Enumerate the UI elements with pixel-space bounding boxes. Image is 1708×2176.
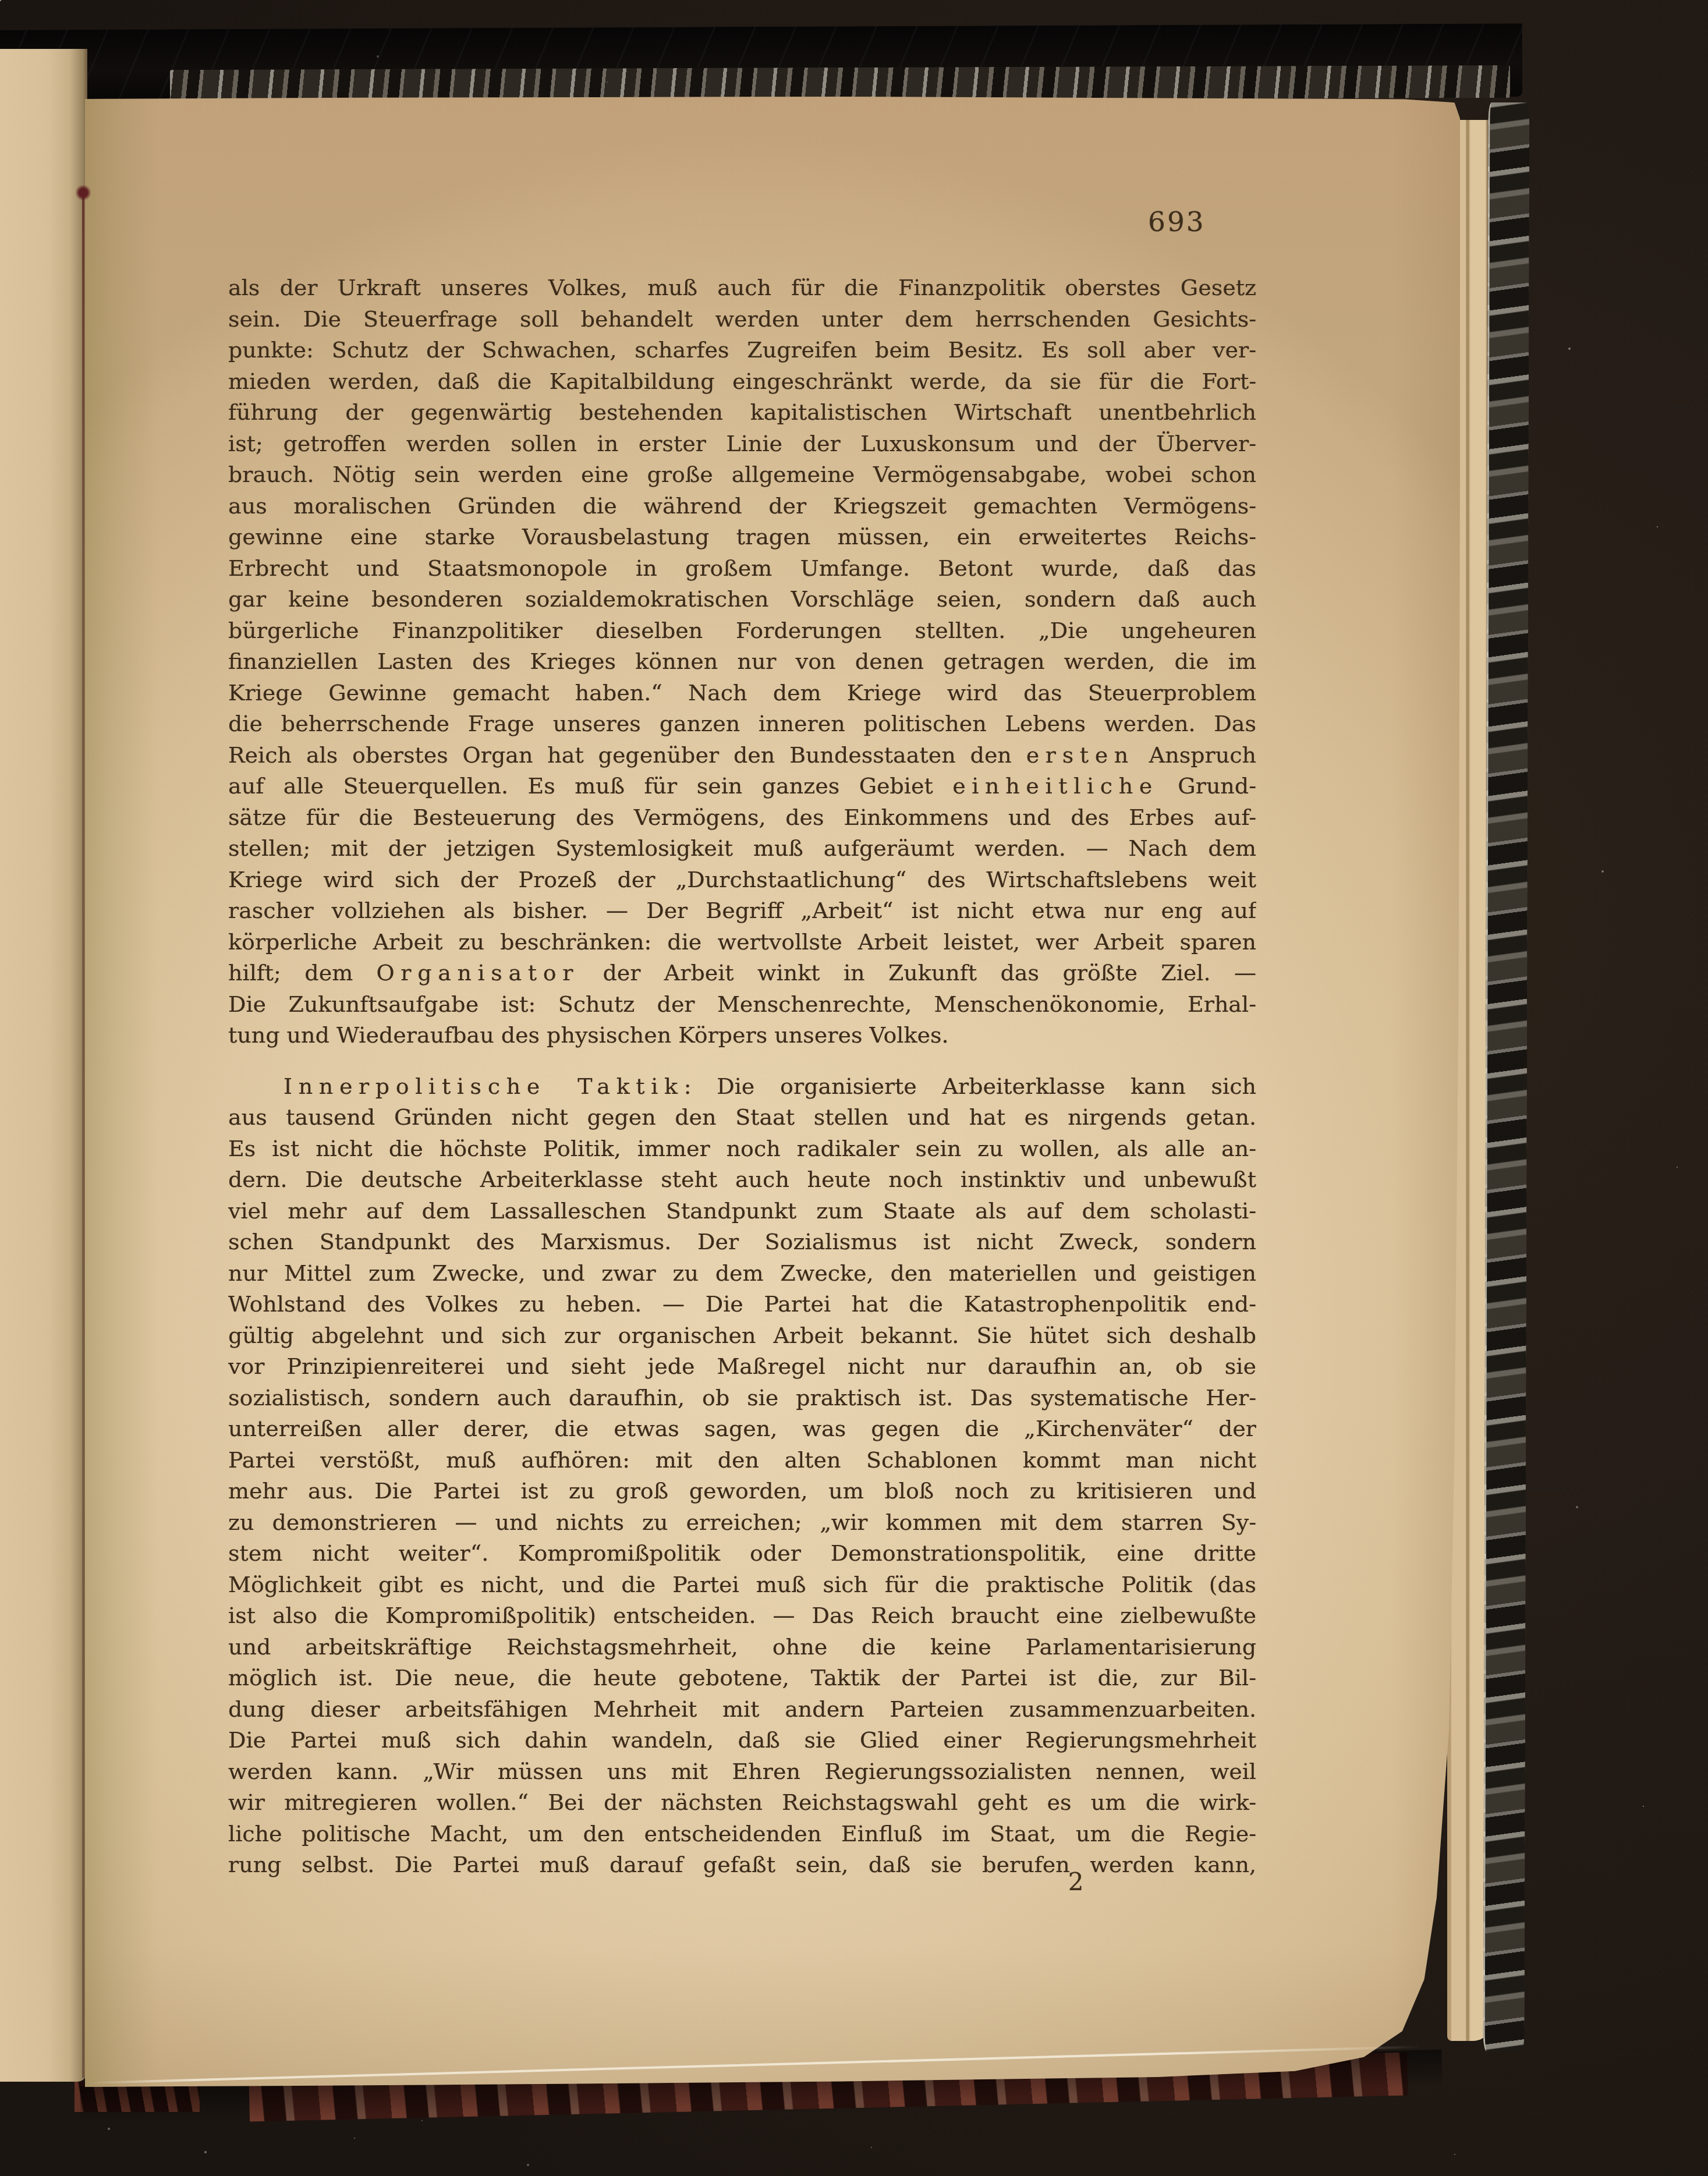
text-segment: als der Urkraft unseres Volkes, muß auch…	[228, 275, 1256, 300]
text-segment: tung und Wiederaufbau des physischen Kör…	[228, 1022, 949, 1048]
text-line: und arbeitskräftige Reichstagsmehrheit, …	[228, 1632, 1256, 1663]
text-line: gültig abgelehnt und sich zur organische…	[228, 1320, 1256, 1352]
page-text-block: als der Urkraft unseres Volkes, muß auch…	[228, 272, 1256, 1881]
text-line: Kriege Gewinne gemacht haben.“ Nach dem …	[228, 678, 1256, 709]
text-segment: führung der gegenwärtig bestehenden kapi…	[228, 399, 1256, 425]
text-line: Erbrecht und Staatsmonopole in großem Um…	[228, 553, 1256, 584]
text-line: rascher vollziehen als bisher. — Der Beg…	[228, 895, 1256, 927]
text-line: dung dieser arbeitsfähigen Mehrheit mit …	[228, 1694, 1256, 1725]
text-segment: Die Partei muß sich dahin wandeln, daß s…	[228, 1727, 1256, 1753]
text-segment: nur Mittel zum Zwecke, und zwar zu dem Z…	[228, 1260, 1256, 1286]
signature-mark: 2	[1053, 1867, 1099, 1896]
book-photo: 693 als der Urkraft unseres Volkes, muß …	[0, 0, 1708, 2176]
text-line: gewinne eine starke Vorausbelastung trag…	[228, 522, 1256, 553]
text-line: stem nicht weiter“. Kompromißpolitik ode…	[228, 1538, 1256, 1569]
text-line: brauch. Nötig sein werden eine große all…	[228, 459, 1256, 491]
text-segment: ist also die Kompromißpolitik) entscheid…	[228, 1603, 1256, 1628]
text-line: als der Urkraft unseres Volkes, muß auch…	[228, 272, 1256, 304]
text-line: Kriege wird sich der Prozeß der „Durchst…	[228, 864, 1256, 896]
text-segment: bürgerliche Finanzpolitiker dieselben Fo…	[228, 618, 1256, 643]
text-line: führung der gegenwärtig bestehenden kapi…	[228, 397, 1256, 428]
gutter-crease	[82, 192, 84, 2078]
text-line: ist also die Kompromißpolitik) entscheid…	[228, 1600, 1256, 1632]
text-line: bürgerliche Finanzpolitiker dieselben Fo…	[228, 615, 1256, 647]
text-line: tung und Wiederaufbau des physischen Kör…	[228, 1020, 1256, 1051]
letterspaced-text: einheitliche	[952, 773, 1158, 799]
text-segment: unterreißen aller derer, die etwas sagen…	[228, 1416, 1256, 1441]
text-segment: ist; getroffen werden sollen in erster L…	[228, 431, 1256, 456]
text-segment: gültig abgelehnt und sich zur organische…	[228, 1323, 1256, 1348]
text-segment: Reich als oberstes Organ hat gegenüber d…	[228, 742, 1026, 768]
text-segment: Erbrecht und Staatsmonopole in großem Um…	[228, 555, 1256, 581]
text-segment: schen Standpunkt des Marxismus. Der Sozi…	[228, 1229, 1256, 1254]
text-line: ist; getroffen werden sollen in erster L…	[228, 428, 1256, 460]
text-segment: brauch. Nötig sein werden eine große all…	[228, 462, 1256, 487]
gutter-crease-top	[76, 185, 91, 200]
text-line: Reich als oberstes Organ hat gegenüber d…	[228, 740, 1256, 771]
text-segment: zu demonstrieren — und nichts zu erreich…	[228, 1509, 1256, 1535]
text-line: aus moralischen Gründen die während der …	[228, 491, 1256, 522]
text-line: Innerpolitische Taktik: Die organisierte…	[228, 1071, 1256, 1103]
text-line: stellen; mit der jetzigen Systemlosigkei…	[228, 833, 1256, 864]
page-number: 693	[1148, 206, 1206, 238]
text-segment: vor Prinzipienreiterei und sieht jede Ma…	[228, 1353, 1256, 1379]
text-segment: stellen; mit der jetzigen Systemlosigkei…	[228, 835, 1256, 861]
text-segment: rascher vollziehen als bisher. — Der Beg…	[228, 898, 1256, 923]
text-line: körperliche Arbeit zu beschränken: die w…	[228, 927, 1256, 958]
text-segment: mehr aus. Die Partei ist zu groß geworde…	[228, 1478, 1256, 1504]
text-segment: Kriege Gewinne gemacht haben.“ Nach dem …	[228, 680, 1256, 706]
text-segment: und arbeitskräftige Reichstagsmehrheit, …	[228, 1634, 1256, 1660]
text-line: viel mehr auf dem Lassalleschen Standpun…	[228, 1196, 1256, 1227]
text-line: Es ist nicht die höchste Politik, immer …	[228, 1133, 1256, 1165]
text-line: hilft; dem Organisator der Arbeit winkt …	[228, 958, 1256, 989]
text-line: aus tausend Gründen nicht gegen den Staa…	[228, 1102, 1256, 1133]
text-segment: körperliche Arbeit zu beschränken: die w…	[228, 929, 1256, 955]
text-segment: mieden werden, daß die Kapitalbildung ei…	[228, 368, 1256, 394]
text-segment: der Arbeit winkt in Zukunft das größte Z…	[579, 960, 1256, 986]
text-segment: aus tausend Gründen nicht gegen den Staa…	[228, 1104, 1256, 1130]
text-segment: Möglichkeit gibt es nicht, und die Parte…	[228, 1572, 1256, 1597]
letterspaced-text: ersten	[1026, 742, 1135, 768]
letterspaced-text: Organisator	[377, 960, 579, 986]
text-line: nur Mittel zum Zwecke, und zwar zu dem Z…	[228, 1258, 1256, 1289]
text-segment: Anspruch	[1135, 742, 1256, 768]
book-page: 693 als der Urkraft unseres Volkes, muß …	[85, 97, 1460, 2087]
text-line: liche politische Macht, um den entscheid…	[228, 1819, 1256, 1850]
text-line: Partei verstößt, muß aufhören: mit den a…	[228, 1445, 1256, 1476]
text-segment: gewinne eine starke Vorausbelastung trag…	[228, 524, 1256, 550]
dust-specks	[0, 0, 1, 1]
text-line: unterreißen aller derer, die etwas sagen…	[228, 1413, 1256, 1445]
text-line: schen Standpunkt des Marxismus. Der Sozi…	[228, 1227, 1256, 1258]
text-line: dern. Die deutsche Arbeiterklasse steht …	[228, 1164, 1256, 1196]
text-segment: viel mehr auf dem Lassalleschen Standpun…	[228, 1198, 1256, 1224]
text-line: mehr aus. Die Partei ist zu groß geworde…	[228, 1476, 1256, 1507]
paragraph: Innerpolitische Taktik: Die organisierte…	[228, 1071, 1256, 1881]
text-line: Wohlstand des Volkes zu heben. — Die Par…	[228, 1289, 1256, 1320]
text-line: vor Prinzipienreiterei und sieht jede Ma…	[228, 1351, 1256, 1383]
text-line: Die Partei muß sich dahin wandeln, daß s…	[228, 1725, 1256, 1756]
text-segment: möglich ist. Die neue, die heute geboten…	[228, 1665, 1256, 1691]
paragraph: als der Urkraft unseres Volkes, muß auch…	[228, 272, 1256, 1051]
text-segment: die beherrschende Frage unseres ganzen i…	[228, 711, 1256, 736]
text-segment: sätze für die Besteuerung des Vermögens,…	[228, 805, 1256, 830]
text-segment: gar keine besonderen sozialdemokratische…	[228, 586, 1256, 612]
text-segment: Die Zukunftsaufgabe ist: Schutz der Mens…	[228, 991, 1256, 1017]
text-segment: wir mitregieren wollen.“ Bei der nächste…	[228, 1789, 1256, 1815]
text-line: die beherrschende Frage unseres ganzen i…	[228, 708, 1256, 740]
text-segment: dern. Die deutsche Arbeiterklasse steht …	[228, 1167, 1256, 1192]
text-line: Möglichkeit gibt es nicht, und die Parte…	[228, 1569, 1256, 1601]
text-segment: auf alle Steuerquellen. Es muß für sein …	[228, 773, 952, 799]
text-segment: aus moralischen Gründen die während der …	[228, 493, 1256, 519]
text-segment: liche politische Macht, um den entscheid…	[228, 1821, 1256, 1847]
text-segment: sozialistisch, sondern auch daraufhin, o…	[228, 1385, 1256, 1410]
text-line: sein. Die Steuerfrage soll behandelt wer…	[228, 304, 1256, 335]
text-line: auf alle Steuerquellen. Es muß für sein …	[228, 771, 1256, 802]
text-line: gar keine besonderen sozialdemokratische…	[228, 584, 1256, 615]
text-line: Die Zukunftsaufgabe ist: Schutz der Mens…	[228, 989, 1256, 1020]
letterspaced-text: Innerpolitische Taktik	[284, 1073, 684, 1099]
marbled-cover-right-edge	[1483, 102, 1530, 2051]
text-segment: Es ist nicht die höchste Politik, immer …	[228, 1136, 1256, 1161]
text-segment: Grund-	[1158, 773, 1256, 799]
text-line: sozialistisch, sondern auch daraufhin, o…	[228, 1383, 1256, 1414]
text-segment: : Die organisierte Arbeiterklasse kann s…	[684, 1073, 1256, 1099]
text-segment: Partei verstößt, muß aufhören: mit den a…	[228, 1447, 1256, 1473]
facing-page-sliver	[0, 49, 87, 2082]
text-line: punkte: Schutz der Schwachen, scharfes Z…	[228, 335, 1256, 366]
text-segment: rung selbst. Die Partei muß darauf gefaß…	[228, 1852, 1256, 1877]
text-segment: sein. Die Steuerfrage soll behandelt wer…	[228, 306, 1256, 332]
text-segment: stem nicht weiter“. Kompromißpolitik ode…	[228, 1540, 1256, 1566]
text-segment: Kriege wird sich der Prozeß der „Durchst…	[228, 867, 1256, 892]
text-line: möglich ist. Die neue, die heute geboten…	[228, 1663, 1256, 1694]
text-line: zu demonstrieren — und nichts zu erreich…	[228, 1507, 1256, 1539]
text-segment: dung dieser arbeitsfähigen Mehrheit mit …	[228, 1696, 1256, 1722]
text-line: wir mitregieren wollen.“ Bei der nächste…	[228, 1787, 1256, 1819]
text-segment: punkte: Schutz der Schwachen, scharfes Z…	[228, 337, 1256, 363]
text-line: werden kann. „Wir müssen uns mit Ehren R…	[228, 1756, 1256, 1788]
text-line: finanziellen Lasten des Krieges können n…	[228, 646, 1256, 678]
text-segment: werden kann. „Wir müssen uns mit Ehren R…	[228, 1759, 1256, 1784]
text-segment: Wohlstand des Volkes zu heben. — Die Par…	[228, 1291, 1256, 1317]
text-line: sätze für die Besteuerung des Vermögens,…	[228, 802, 1256, 834]
text-line: mieden werden, daß die Kapitalbildung ei…	[228, 366, 1256, 398]
text-segment: hilft; dem	[228, 960, 377, 986]
text-line: rung selbst. Die Partei muß darauf gefaß…	[228, 1849, 1256, 1881]
text-segment: finanziellen Lasten des Krieges können n…	[228, 648, 1256, 674]
